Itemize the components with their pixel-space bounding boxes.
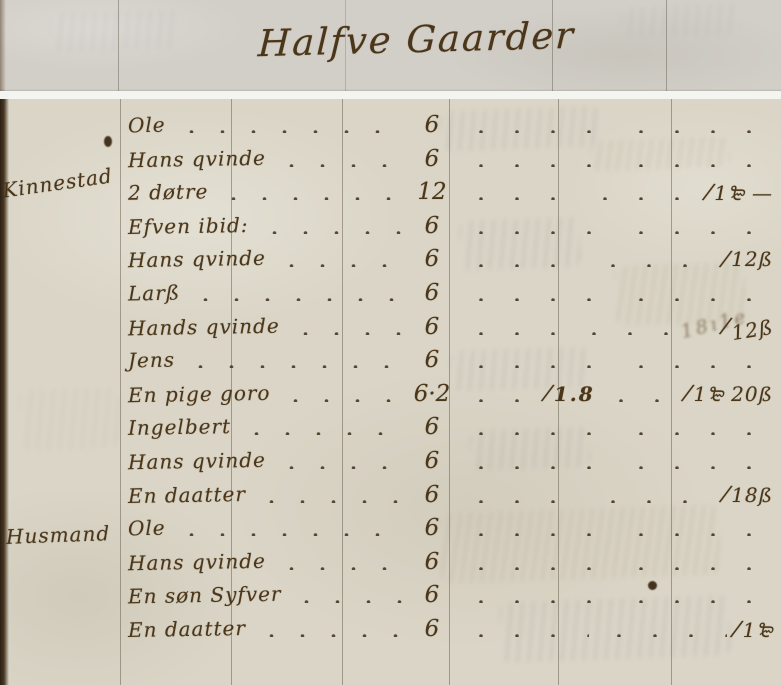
person-name: Hans qvinde: [128, 448, 266, 474]
bleed-through-mark: [620, 4, 741, 38]
manuscript-page: Halfve Gaarder Kinnestad Husmand Ole 6: [0, 0, 781, 685]
table-row: Ingelbert 6: [128, 410, 775, 444]
ledger-area: Kinnestad Husmand Ole 6 Hans qvinde 6: [0, 99, 781, 685]
dot-leader: [459, 163, 611, 167]
amount: 1₻ 20ß: [693, 380, 773, 407]
dot-leader: [619, 566, 771, 570]
check-tick: /: [542, 381, 554, 407]
dot-leader: [237, 431, 403, 435]
dot-leader: [572, 331, 677, 335]
person-name: Ingelbert: [128, 414, 231, 440]
table-row: Hands qvinde 6 18ı1e / 12ß: [128, 310, 775, 344]
tally-count: 6: [409, 213, 455, 239]
amount: 18ß: [731, 483, 773, 507]
dot-leader: [459, 465, 611, 469]
table-row: Ole 6: [128, 108, 775, 142]
dot-leader: [459, 196, 575, 200]
person-name: En daatter: [128, 616, 246, 642]
person-name: Hands qvinde: [128, 313, 280, 340]
check-tick: /: [682, 381, 694, 407]
person-name: Hans qvinde: [128, 246, 266, 272]
amount-zone: 18ı1e / 12ß: [455, 310, 775, 344]
amount-zone: / 1₻: [455, 612, 775, 646]
table-row: Ole 6: [128, 511, 775, 545]
dot-leader: [252, 499, 403, 503]
dot-leader: [619, 465, 771, 469]
dot-leader: [619, 163, 771, 167]
amount-zone: / 1.8 / 1₻ 20ß: [455, 377, 775, 411]
dot-leader: [599, 398, 678, 402]
dot-leader: [459, 633, 589, 637]
amount-zone: [455, 343, 775, 377]
dot-leader: [619, 364, 771, 368]
dot-leader: [172, 532, 403, 536]
tally-count: 6·2: [409, 381, 455, 407]
person-name: Ole: [128, 516, 166, 541]
person-name: En daatter: [128, 482, 246, 508]
tally-count: 6: [409, 582, 455, 608]
person-name: En søn Syfver: [128, 582, 282, 609]
scan-separator: [0, 91, 781, 99]
person-name: Jens: [128, 348, 175, 373]
dot-leader: [272, 465, 403, 469]
amount-zone: / 12ß: [455, 242, 775, 276]
dot-leader: [619, 532, 771, 536]
amount: 12ß: [731, 247, 773, 271]
check-tick: /: [720, 246, 732, 272]
person-name: Larß: [128, 281, 181, 306]
amount-zone: / 18ß: [455, 478, 775, 512]
dot-leader: [459, 297, 611, 301]
table-row: Hans qvinde 6: [128, 545, 775, 579]
dot-leader: [459, 398, 538, 402]
amount-zone: [455, 108, 775, 142]
tally-count: 6: [409, 515, 455, 541]
dot-leader: [459, 499, 583, 503]
table-row: Hans qvinde 6: [128, 142, 775, 176]
table-row: Jens 6: [128, 343, 775, 377]
person-name: 2 døtre: [128, 179, 209, 204]
person-name: Efven ibid:: [128, 213, 249, 239]
amount: 1₻ —: [714, 179, 773, 206]
tally-count: 6: [409, 146, 455, 172]
dot-leader: [619, 297, 771, 301]
amount-zone: [455, 410, 775, 444]
check-tick: /: [703, 179, 715, 205]
table-row: Hans qvinde 6: [128, 444, 775, 478]
dot-leader: [619, 129, 771, 133]
person-name: Ole: [128, 113, 166, 138]
dot-leader: [619, 431, 771, 435]
person-name: Hans qvinde: [128, 145, 266, 171]
dot-leader: [459, 431, 611, 435]
farm-name-label: Kinnestad: [1, 163, 114, 202]
dot-leader: [172, 129, 403, 133]
amount-zone: [455, 444, 775, 478]
dot-leader: [591, 263, 715, 267]
dot-leader: [186, 297, 403, 301]
page-title: Halfve Gaarder: [257, 14, 579, 65]
cottar-label: Husmand: [6, 521, 111, 549]
tally-count: 6: [409, 549, 455, 575]
person-name: En pige goro: [128, 381, 271, 407]
amount: 1₻: [743, 616, 773, 643]
tally-count: 6: [409, 280, 455, 306]
dot-leader: [181, 364, 403, 368]
tally-count: 6: [409, 314, 455, 340]
person-name: Hans qvinde: [128, 549, 266, 575]
dot-leader: [459, 129, 611, 133]
page-edge-shadow: [0, 0, 6, 91]
check-tick: /: [731, 616, 743, 642]
table-row: En daatter 6 / 1₻: [128, 612, 775, 646]
tally-count: 6: [409, 246, 455, 272]
tally-count: 6: [409, 414, 455, 440]
dot-leader: [459, 532, 611, 536]
dot-leader: [459, 364, 611, 368]
amount-zone: [455, 142, 775, 176]
dot-leader: [619, 599, 771, 603]
dot-leader: [459, 566, 611, 570]
amount-zone: [455, 209, 775, 243]
table-row: Hans qvinde 6 / 12ß: [128, 242, 775, 276]
dot-leader: [591, 499, 715, 503]
amount-zone: [455, 545, 775, 579]
dot-leader: [276, 398, 403, 402]
tally-count: 6: [409, 616, 455, 642]
tally-count: 6: [409, 482, 455, 508]
amount-zone: [455, 578, 775, 612]
mid-amount: 1.8: [554, 382, 595, 406]
dot-leader: [597, 633, 727, 637]
table-row: Efven ibid: 6: [128, 209, 775, 243]
dot-leader: [272, 163, 403, 167]
amount-zone: / 1₻ —: [455, 175, 775, 209]
dot-leader: [272, 566, 403, 570]
table-row: En pige goro 6·2 / 1.8 / 1₻ 20ß: [128, 377, 775, 411]
bleed-through-mark: [19, 387, 121, 450]
tally-count: 6: [409, 448, 455, 474]
amount-zone: [455, 276, 775, 310]
tally-count: 6: [409, 347, 455, 373]
dot-leader: [287, 599, 403, 603]
check-tick: /: [720, 482, 732, 508]
dot-leader: [459, 263, 583, 267]
dot-leader: [214, 196, 403, 200]
table-row: Larß 6: [128, 276, 775, 310]
table-row: 2 døtre 12 / 1₻ —: [128, 175, 775, 209]
table-row: En daatter 6 / 18ß: [128, 478, 775, 512]
dot-leader: [459, 230, 611, 234]
tally-count: 12: [409, 179, 455, 205]
dot-leader: [459, 331, 564, 335]
header-strip: Halfve Gaarder: [0, 0, 781, 91]
column-rule: [120, 99, 121, 685]
dot-leader: [286, 331, 403, 335]
dot-leader: [459, 599, 611, 603]
dot-leader: [619, 230, 771, 234]
dot-leader: [252, 633, 403, 637]
dot-leader: [583, 196, 699, 200]
ink-blot: [104, 136, 112, 147]
tally-count: 6: [409, 112, 455, 138]
table-row: En søn Syfver 6: [128, 578, 775, 612]
amount-zone: [455, 511, 775, 545]
bleed-through-mark: [49, 10, 180, 53]
dot-leader: [272, 263, 403, 267]
dot-leader: [255, 230, 403, 234]
